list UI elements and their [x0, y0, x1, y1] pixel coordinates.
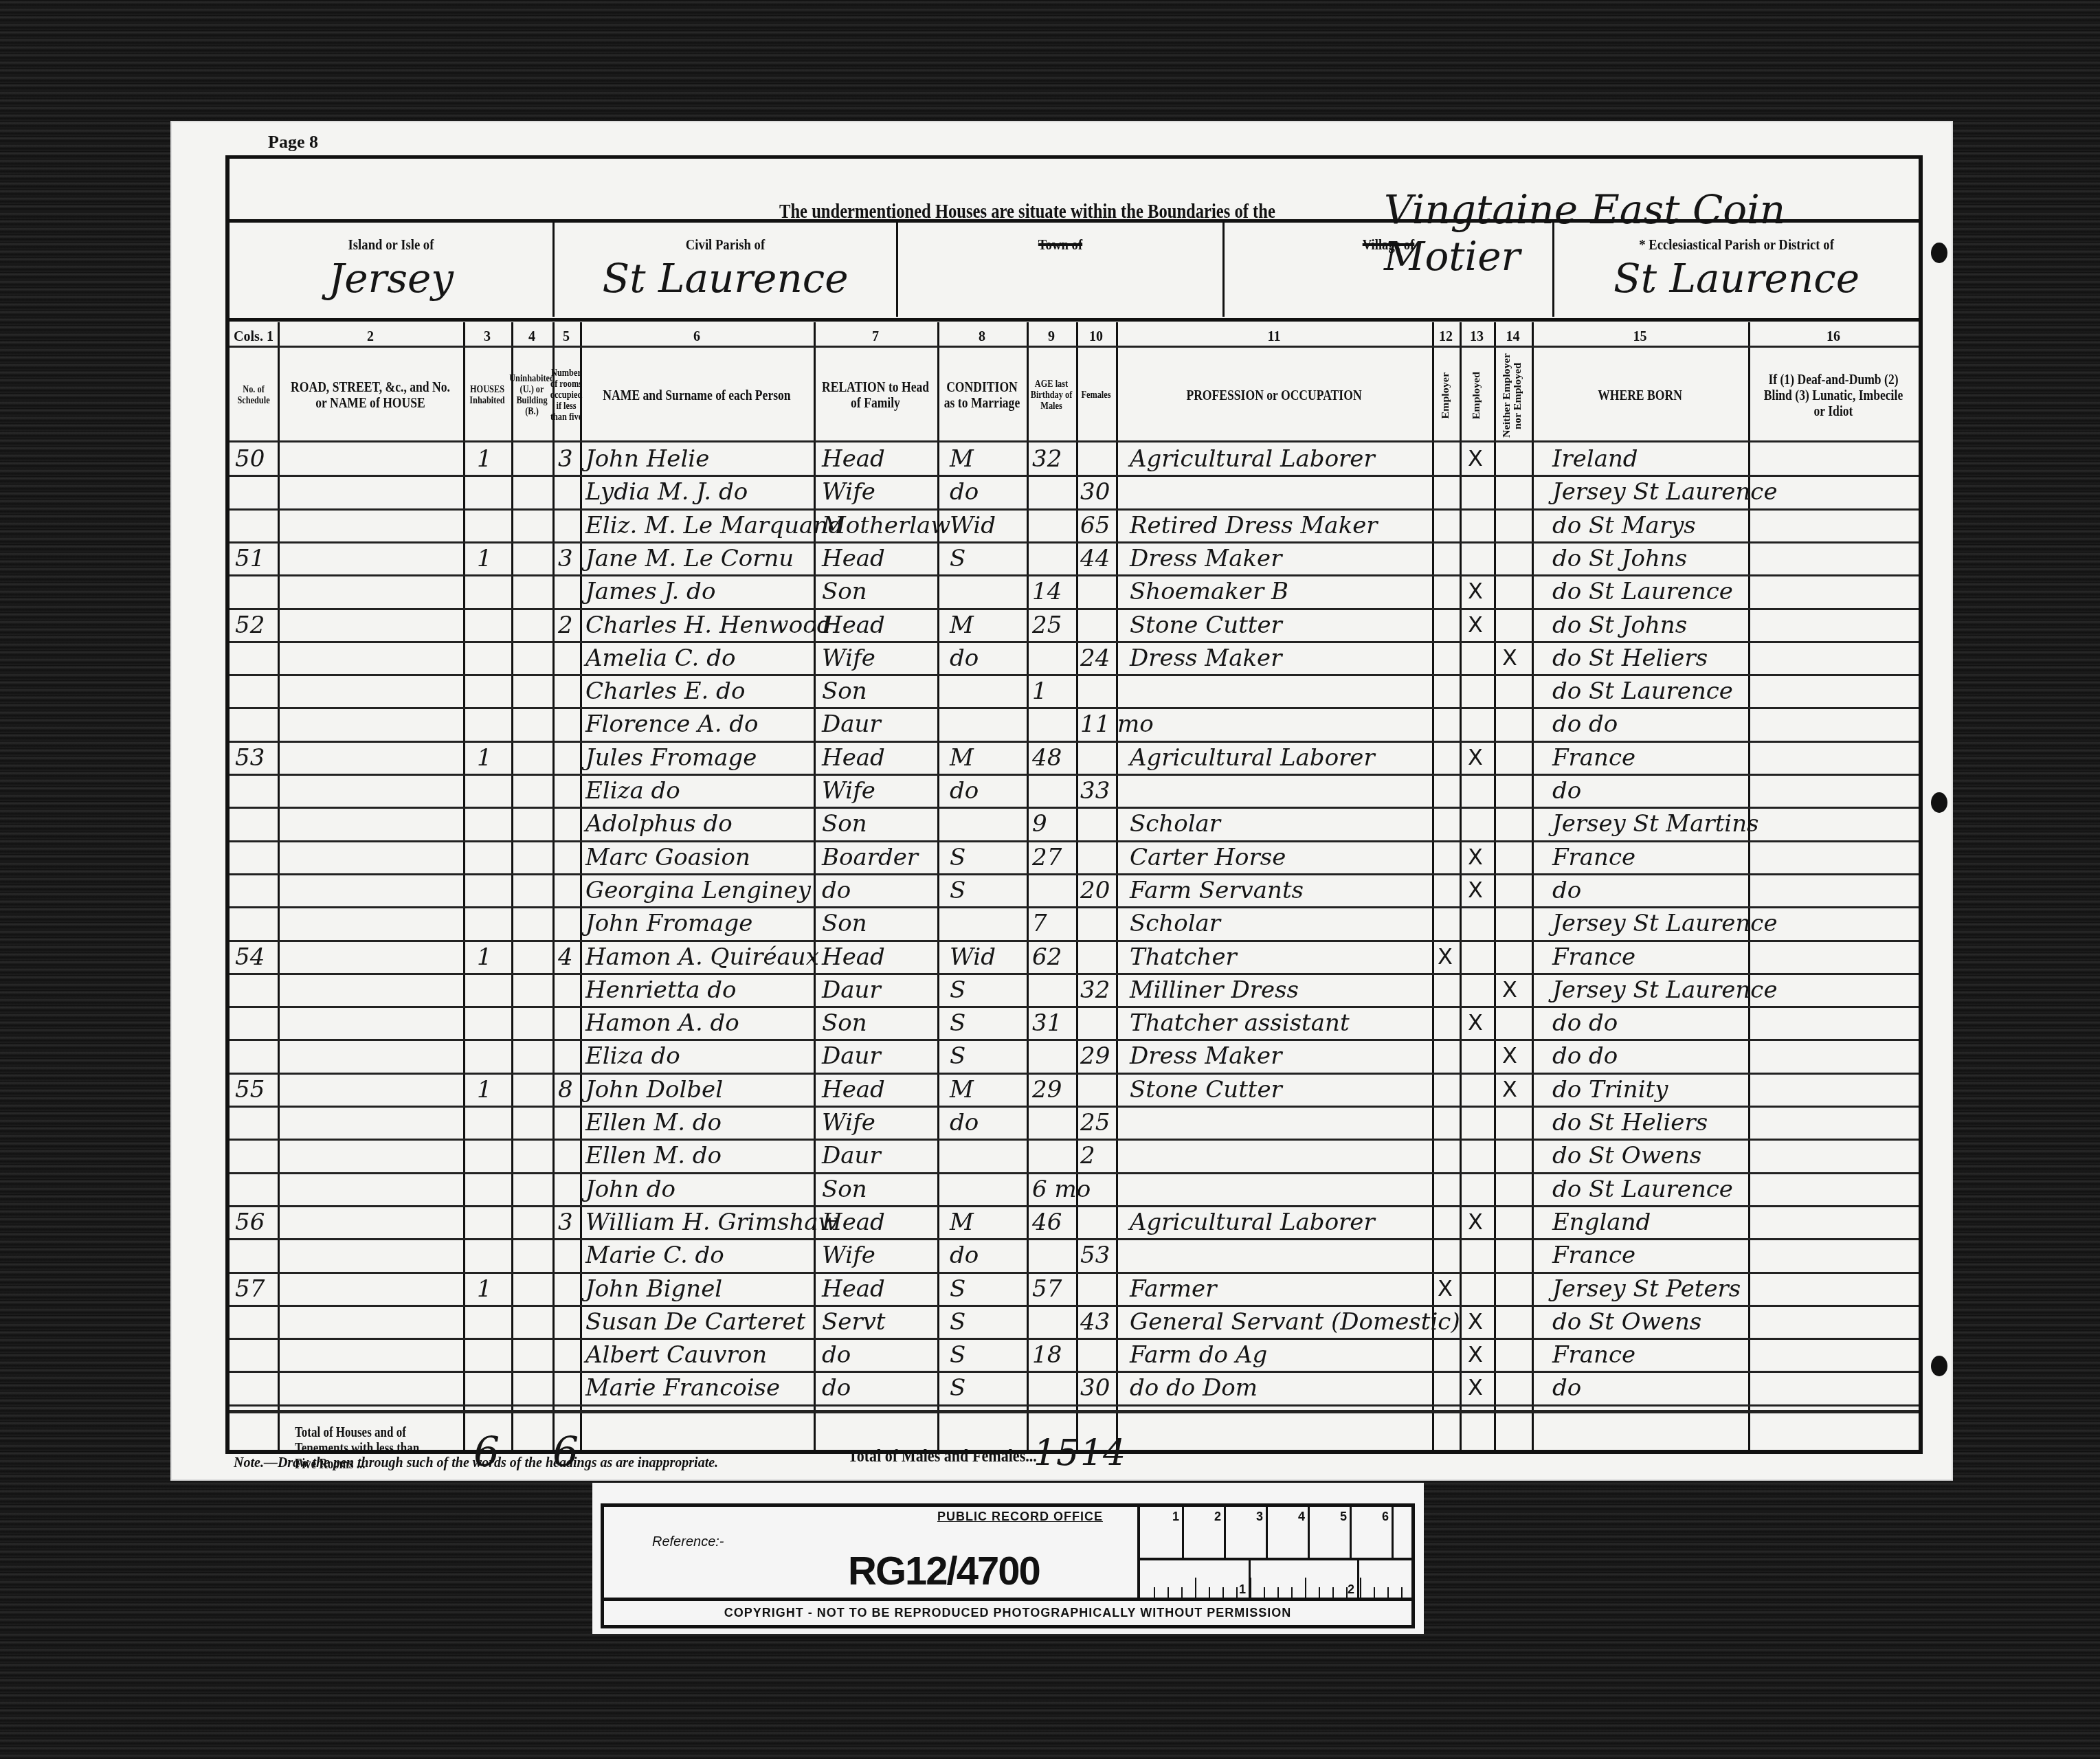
- persons-total-label: Total of Males and Females...: [848, 1446, 1037, 1466]
- cell-female-age: 43: [1080, 1310, 1110, 1334]
- place-field-0: Island or Isle ofJersey: [230, 221, 552, 317]
- cell-born: do St Laurence: [1552, 680, 1733, 703]
- cell-born: do St Heliers: [1552, 1111, 1708, 1134]
- cell-male-age: 48: [1032, 746, 1062, 770]
- cell-occupation: Farm Servants: [1130, 879, 1304, 902]
- cell-born: France: [1552, 1244, 1635, 1267]
- ruler-label: 1: [1239, 1582, 1246, 1597]
- place-label: Civil Parish of: [580, 236, 870, 254]
- cell-name: James J. do: [585, 580, 715, 603]
- cell-female-age: 30: [1080, 1376, 1110, 1400]
- page-number: Page 8: [268, 132, 318, 153]
- reference-code: RG12/4700: [848, 1548, 1040, 1594]
- cell-name: John Helie: [585, 447, 709, 471]
- cell-inhabited: 1: [477, 547, 492, 570]
- cell-schedule: 51: [235, 547, 265, 570]
- column-header-label: HOUSES Inhabited: [466, 385, 509, 407]
- cell-born: Jersey St Martins: [1552, 812, 1759, 836]
- cell-employed: X: [1468, 1343, 1483, 1365]
- row-divider: [230, 574, 1919, 576]
- reference-label: Reference:-: [652, 1534, 724, 1550]
- row-divider: [230, 1039, 1919, 1041]
- row-divider: [230, 674, 1919, 676]
- cell-name: Florence A. do: [585, 713, 759, 736]
- cell-name: Eliza do: [585, 1044, 680, 1068]
- cell-born: France: [1552, 846, 1635, 869]
- cell-born: England: [1552, 1211, 1651, 1234]
- cell-born: Jersey St Peters: [1552, 1277, 1741, 1301]
- cell-occupation: Stone Cutter: [1130, 1078, 1282, 1101]
- cell-occupation: Farmer: [1130, 1277, 1216, 1301]
- column-number: 4: [511, 329, 552, 345]
- column-divider: [1076, 322, 1078, 1453]
- ruler-cm-scale: 123456: [1140, 1507, 1412, 1560]
- cell-occupation: Stone Cutter: [1130, 614, 1282, 637]
- column-header-label: If (1) Deaf-and-Dumb (2) Blind (3) Lunat…: [1758, 372, 1908, 420]
- cell-name: John Fromage: [585, 912, 752, 935]
- column-number: 2: [278, 329, 463, 345]
- column-header: Employer: [1433, 351, 1457, 440]
- cell-condition: S: [950, 1310, 965, 1334]
- copyright-notice: COPYRIGHT - NOT TO BE REPRODUCED PHOTOGR…: [604, 1598, 1411, 1625]
- cell-employer: X: [1438, 945, 1453, 967]
- cell-relation: Boarder: [822, 846, 918, 869]
- punch-hole-icon: [1931, 243, 1947, 263]
- cell-employed: X: [1468, 447, 1483, 469]
- cell-condition: M: [950, 614, 974, 637]
- cell-male-age: 57: [1032, 1277, 1062, 1301]
- cell-relation: Head: [822, 1078, 885, 1101]
- place-label: Island or Isle of: [254, 236, 528, 254]
- cell-born: France: [1552, 945, 1635, 969]
- cell-name: John Bignel: [585, 1277, 722, 1301]
- place-value: Jersey: [230, 255, 552, 302]
- column-number: 9: [1027, 329, 1076, 345]
- cell-name: Henrietta do: [585, 978, 737, 1002]
- row-divider: [230, 906, 1919, 908]
- column-number: 3: [463, 329, 511, 345]
- cell-relation: Son: [822, 812, 867, 836]
- cell-condition: S: [950, 1044, 965, 1068]
- cell-relation: Daur: [822, 1044, 881, 1068]
- cell-name: Ellen M. do: [585, 1111, 722, 1134]
- column-header: No. of Schedule: [232, 351, 275, 440]
- column-number: 5: [552, 329, 580, 345]
- cell-schedule: 55: [235, 1078, 265, 1101]
- column-number: 16: [1748, 329, 1919, 345]
- cell-born: do St Owens: [1552, 1144, 1701, 1167]
- ruler-label: 2: [1348, 1582, 1354, 1597]
- cell-condition: S: [950, 1011, 965, 1035]
- cell-condition: do: [950, 779, 979, 803]
- cell-condition: M: [950, 447, 974, 471]
- column-number: 15: [1532, 329, 1748, 345]
- place-field-3: Village of: [1222, 221, 1552, 317]
- cell-rooms: 3: [558, 547, 573, 570]
- census-form: The undermentioned Houses are situate wi…: [225, 155, 1923, 1454]
- ruler-tick: [1357, 1560, 1359, 1601]
- place-field-1: Civil Parish ofSt Laurence: [552, 221, 896, 317]
- cell-employed: X: [1468, 1011, 1483, 1033]
- cell-inhabited: 1: [477, 447, 492, 471]
- row-divider: [230, 873, 1919, 875]
- column-divider: [463, 322, 465, 1453]
- cell-neither: X: [1502, 1044, 1517, 1066]
- males-total: 15: [1034, 1435, 1079, 1471]
- cell-employer: X: [1438, 1277, 1453, 1299]
- cell-name: Hamon A. do: [585, 1011, 739, 1035]
- cell-relation: Head: [822, 447, 885, 471]
- cell-schedule: 57: [235, 1277, 265, 1301]
- ruler-label: 2: [1214, 1510, 1221, 1524]
- cell-female-age: 11 mo: [1080, 713, 1154, 736]
- column-header-label: Uninhabited (U.) or Building (B.): [509, 374, 555, 418]
- cell-name: Eliz. M. Le Marquand: [585, 514, 843, 537]
- column-header-label: Neither Employer nor Employed: [1501, 351, 1523, 440]
- cell-male-age: 46: [1032, 1211, 1062, 1234]
- cell-relation: do: [822, 879, 851, 902]
- cell-name: Marie Francoise: [585, 1376, 780, 1400]
- ruler-tick: [1350, 1507, 1352, 1560]
- cell-born: do St Heliers: [1552, 647, 1708, 670]
- cell-relation: Son: [822, 912, 867, 935]
- cell-born: Ireland: [1552, 447, 1638, 471]
- cell-name: Charles H. Henwood: [585, 614, 831, 637]
- ruler-label: 4: [1298, 1510, 1305, 1524]
- column-header: HOUSES Inhabited: [466, 351, 509, 440]
- cell-name: Marie C. do: [585, 1244, 724, 1267]
- row-divider: [230, 1139, 1919, 1141]
- row-divider: [230, 1106, 1919, 1108]
- cell-relation: Son: [822, 1178, 867, 1201]
- column-divider: [1027, 322, 1029, 1453]
- cell-name: Charles E. do: [585, 680, 745, 703]
- scale-ruler: 123456 12: [1137, 1507, 1412, 1601]
- cell-inhabited: 1: [477, 1277, 492, 1301]
- cell-occupation: Agricultural Laborer: [1130, 746, 1375, 770]
- cell-name: Albert Cauvron: [585, 1343, 767, 1367]
- ruler-tick: [1392, 1507, 1394, 1560]
- row-divider: [230, 1073, 1919, 1075]
- cell-born: do St Laurence: [1552, 1178, 1733, 1201]
- cell-schedule: 53: [235, 746, 265, 770]
- cell-female-age: 65: [1080, 514, 1110, 537]
- column-header: ROAD, STREET, &c., and No. or NAME of HO…: [289, 351, 452, 440]
- cell-relation: Head: [822, 746, 885, 770]
- cell-schedule: 52: [235, 614, 265, 637]
- punch-hole-icon: [1931, 792, 1947, 813]
- place-value: St Laurence: [555, 255, 896, 302]
- column-divider: [1460, 322, 1462, 1453]
- cell-female-age: 24: [1080, 647, 1110, 670]
- cell-occupation: Carter Horse: [1130, 846, 1286, 869]
- row-divider: [230, 940, 1919, 942]
- footnote: Note.—Draw the pen through such of the w…: [234, 1455, 718, 1471]
- cell-rooms: 3: [558, 1211, 573, 1234]
- cell-condition: do: [950, 647, 979, 670]
- cell-occupation: Scholar: [1130, 812, 1220, 836]
- row-divider: [230, 608, 1919, 610]
- cell-male-age: 6 mo: [1032, 1178, 1091, 1201]
- cell-relation: Head: [822, 547, 885, 570]
- cell-condition: Wid: [950, 945, 996, 969]
- cell-born: France: [1552, 746, 1635, 770]
- cell-name: Eliza do: [585, 779, 680, 803]
- cell-schedule: 56: [235, 1211, 265, 1234]
- cell-relation: Wife: [822, 779, 875, 803]
- cell-name: Amelia C. do: [585, 647, 735, 670]
- cell-condition: S: [950, 879, 965, 902]
- cell-condition: S: [950, 1343, 965, 1367]
- cell-condition: S: [950, 547, 965, 570]
- ruler-tick: [1182, 1507, 1184, 1560]
- ruler-tick: [1224, 1507, 1226, 1560]
- cell-born: Jersey St Laurence: [1552, 480, 1778, 504]
- column-header: CONDITION as to Marriage: [943, 351, 1021, 440]
- census-page: Page 8 The undermentioned Houses are sit…: [172, 122, 1952, 1479]
- cell-condition: S: [950, 1277, 965, 1301]
- cell-employed: X: [1468, 614, 1483, 636]
- cell-born: Jersey St Laurence: [1552, 978, 1778, 1002]
- cell-female-age: 29: [1080, 1044, 1110, 1068]
- column-header-label: Number of rooms occupied if less than fi…: [550, 368, 583, 423]
- cell-name: John do: [585, 1178, 675, 1201]
- cell-occupation: Thatcher assistant: [1130, 1011, 1350, 1035]
- column-divider: [278, 322, 280, 1453]
- cell-born: do Trinity: [1552, 1078, 1668, 1101]
- column-header-label: ROAD, STREET, &c., and No. or NAME of HO…: [289, 380, 452, 412]
- ruler-tick: [1266, 1507, 1268, 1560]
- column-divider: [1494, 322, 1496, 1453]
- cell-born: do St Owens: [1552, 1310, 1701, 1334]
- cell-condition: M: [950, 746, 974, 770]
- totals-divider: [230, 1410, 1919, 1413]
- row-divider: [230, 1172, 1919, 1174]
- cell-employed: X: [1468, 1376, 1483, 1398]
- column-number: 14: [1494, 329, 1532, 345]
- cell-condition: do: [950, 1111, 979, 1134]
- cell-born: do St Johns: [1552, 614, 1687, 637]
- row-divider: [230, 641, 1919, 643]
- column-divider: [814, 322, 816, 1453]
- row-divider: [230, 1238, 1919, 1240]
- cell-male-age: 1: [1032, 680, 1047, 703]
- row-divider: [230, 1272, 1919, 1274]
- cell-condition: do: [950, 480, 979, 504]
- ruler-tick: [1308, 1507, 1310, 1560]
- cell-female-age: 25: [1080, 1111, 1110, 1134]
- cell-rooms: 3: [558, 447, 573, 471]
- cell-born: do: [1552, 779, 1581, 803]
- cell-condition: S: [950, 978, 965, 1002]
- column-divider: [1432, 322, 1434, 1453]
- column-header-label: CONDITION as to Marriage: [943, 380, 1021, 412]
- cell-employed: X: [1468, 746, 1483, 768]
- row-divider: [230, 741, 1919, 743]
- cell-relation: do: [822, 1376, 851, 1400]
- cell-relation: Motherlaw: [822, 514, 950, 537]
- ruler-label: 6: [1382, 1510, 1389, 1524]
- cell-born: do do: [1552, 713, 1618, 736]
- cell-occupation: Milliner Dress: [1130, 978, 1299, 1002]
- row-divider: [230, 1205, 1919, 1207]
- place-value: St Laurence: [1554, 255, 1919, 302]
- column-number: 6: [580, 329, 814, 345]
- cell-name: Jane M. Le Cornu: [585, 547, 794, 570]
- cell-name: Georgina Lenginey: [585, 879, 811, 902]
- cell-name: Adolphus do: [585, 812, 733, 836]
- row-divider: [230, 1404, 1919, 1407]
- cell-occupation: Shoemaker B: [1130, 580, 1288, 603]
- row-divider: [230, 346, 1919, 348]
- cell-male-age: 32: [1032, 447, 1062, 471]
- column-header: Neither Employer nor Employed: [1496, 351, 1529, 440]
- cell-name: William H. Grimshaw: [585, 1211, 838, 1234]
- cell-male-age: 25: [1032, 614, 1062, 637]
- cell-relation: Daur: [822, 978, 881, 1002]
- column-header: Uninhabited (U.) or Building (B.): [514, 351, 550, 440]
- row-divider: [230, 1371, 1919, 1373]
- cell-occupation: General Servant (Domestic): [1130, 1310, 1460, 1334]
- cell-inhabited: 1: [477, 945, 492, 969]
- cell-relation: Son: [822, 580, 867, 603]
- cell-condition: Wid: [950, 514, 996, 537]
- row-divider: [230, 440, 1919, 442]
- row-divider: [230, 973, 1919, 975]
- row-divider: [230, 807, 1919, 809]
- cell-occupation: Retired Dress Maker: [1130, 514, 1378, 537]
- cell-neither: X: [1502, 1078, 1517, 1100]
- cell-occupation: Agricultural Laborer: [1130, 447, 1375, 471]
- cell-relation: Son: [822, 680, 867, 703]
- row-divider: [230, 475, 1919, 477]
- column-header: PROFESSION or OCCUPATION: [1135, 351, 1414, 440]
- cell-occupation: do do Dom: [1130, 1376, 1258, 1400]
- cell-female-age: 44: [1080, 547, 1110, 570]
- row-divider: [230, 840, 1919, 842]
- column-divider: [580, 322, 582, 1453]
- divider: [230, 318, 1919, 322]
- cell-born: do: [1552, 879, 1581, 902]
- cell-condition: S: [950, 1376, 965, 1400]
- cell-born: Jersey St Laurence: [1552, 912, 1778, 935]
- cell-condition: M: [950, 1211, 974, 1234]
- cell-occupation: Farm do Ag: [1130, 1343, 1267, 1367]
- cell-inhabited: 1: [477, 746, 492, 770]
- cell-male-age: 27: [1032, 846, 1062, 869]
- cell-born: do St Laurence: [1552, 580, 1733, 603]
- column-header-label: WHERE BORN: [1598, 388, 1682, 404]
- column-header: Females: [1078, 351, 1113, 440]
- column-header-label: Employed: [1471, 372, 1482, 419]
- column-divider: [1532, 322, 1534, 1453]
- cell-occupation: Scholar: [1130, 912, 1220, 935]
- cell-name: Susan De Carteret: [585, 1310, 805, 1334]
- cell-born: do do: [1552, 1011, 1618, 1035]
- cell-born: do St Marys: [1552, 514, 1696, 537]
- cell-male-age: 29: [1032, 1078, 1062, 1101]
- row-divider: [230, 774, 1919, 776]
- cell-schedule: 50: [235, 447, 265, 471]
- column-divider: [937, 322, 939, 1453]
- cell-relation: Wife: [822, 480, 875, 504]
- cell-male-age: 31: [1032, 1011, 1062, 1035]
- column-header: NAME and Surname of each Person: [594, 351, 799, 440]
- cell-occupation: Dress Maker: [1130, 547, 1282, 570]
- reference-card-frame: PUBLIC RECORD OFFICE Reference:- RG12/47…: [601, 1503, 1415, 1628]
- cell-name: Ellen M. do: [585, 1144, 722, 1167]
- column-header-label: PROFESSION or OCCUPATION: [1186, 388, 1361, 404]
- place-label: Village of: [1249, 236, 1528, 254]
- row-divider: [230, 541, 1919, 544]
- cell-occupation: Dress Maker: [1130, 1044, 1282, 1068]
- cell-schedule: 54: [235, 945, 265, 969]
- cell-neither: X: [1502, 647, 1517, 669]
- column-header: If (1) Deaf-and-Dumb (2) Blind (3) Lunat…: [1758, 351, 1908, 440]
- column-header: AGE last Birthday of Males: [1029, 351, 1073, 440]
- column-number: 13: [1460, 329, 1494, 345]
- cell-relation: Servt: [822, 1310, 886, 1334]
- row-divider: [230, 707, 1919, 709]
- cell-name: John Dolbel: [585, 1078, 723, 1101]
- cell-relation: Son: [822, 1011, 867, 1035]
- cell-born: do St Johns: [1552, 547, 1687, 570]
- cell-name: Jules Fromage: [585, 746, 757, 770]
- column-number: 7: [814, 329, 937, 345]
- cell-neither: X: [1502, 978, 1517, 1000]
- cell-employed: X: [1468, 1211, 1483, 1233]
- ruler-label: 5: [1340, 1510, 1347, 1524]
- column-header-label: RELATION to Head of Family: [821, 380, 930, 412]
- cell-female-age: 20: [1080, 879, 1110, 902]
- cell-relation: Daur: [822, 1144, 881, 1167]
- cell-female-age: 32: [1080, 978, 1110, 1002]
- place-field-2: Town of: [896, 221, 1222, 317]
- column-header-label: No. of Schedule: [232, 385, 275, 407]
- column-header: WHERE BORN: [1545, 351, 1735, 440]
- cell-name: Lydia M. J. do: [585, 480, 748, 504]
- cell-relation: Head: [822, 614, 885, 637]
- cell-relation: Wife: [822, 647, 875, 670]
- cell-relation: Wife: [822, 1244, 875, 1267]
- column-header: Employed: [1462, 351, 1492, 440]
- cell-name: Hamon A. Quiréaux: [585, 945, 819, 969]
- ruler-label: 3: [1256, 1510, 1263, 1524]
- cell-female-age: 33: [1080, 779, 1110, 803]
- row-divider: [230, 1338, 1919, 1340]
- cell-occupation: Dress Maker: [1130, 647, 1282, 670]
- cell-relation: do: [822, 1343, 851, 1367]
- column-header: Number of rooms occupied if less than fi…: [554, 351, 578, 440]
- cell-female-age: 2: [1080, 1144, 1095, 1167]
- cell-employed: X: [1468, 580, 1483, 602]
- row-divider: [230, 1305, 1919, 1307]
- ruler-label: 1: [1172, 1510, 1179, 1524]
- column-number: 11: [1116, 329, 1432, 345]
- place-label: * Ecclesiastical Parish or District of: [1582, 236, 1892, 254]
- cell-born: do do: [1552, 1044, 1618, 1068]
- cell-employed: X: [1468, 1310, 1483, 1332]
- cell-rooms: 4: [558, 945, 573, 969]
- cell-male-age: 14: [1032, 580, 1062, 603]
- reference-card: PUBLIC RECORD OFFICE Reference:- RG12/47…: [592, 1483, 1424, 1634]
- cell-condition: do: [950, 1244, 979, 1267]
- cell-born: do: [1552, 1376, 1581, 1400]
- cell-born: France: [1552, 1343, 1635, 1367]
- cell-female-age: 53: [1080, 1244, 1110, 1267]
- cell-rooms: 8: [558, 1078, 573, 1101]
- cell-name: Marc Goasion: [585, 846, 750, 869]
